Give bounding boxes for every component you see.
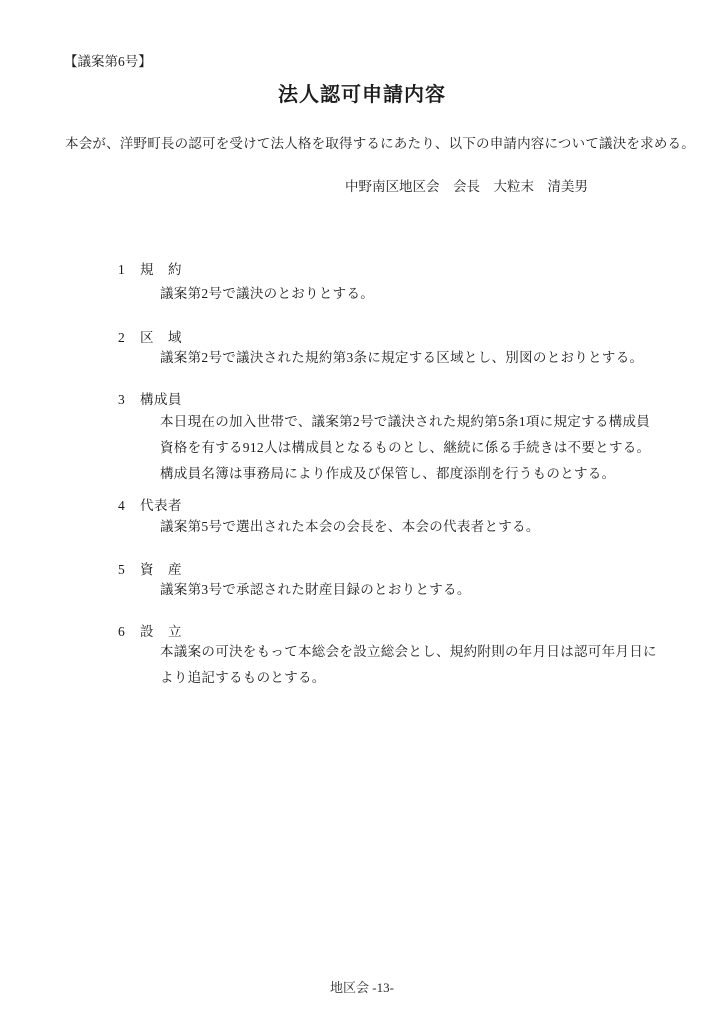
- item-number: 1: [118, 258, 128, 282]
- page-footer: 地区会 -13-: [0, 978, 724, 998]
- agenda-item-4-body: 議案第5号で選出された本会の会長を、本会の代表者とする。: [160, 514, 540, 540]
- item-body-line: 議案第5号で選出された本会の会長を、本会の代表者とする。: [160, 514, 540, 540]
- agenda-item-5-body: 議案第3号で承認された財産目録のとおりとする。: [160, 577, 471, 603]
- item-number: 3: [118, 388, 128, 412]
- agenda-item-3-body: 本日現在の加入世帯で、議案第2号で議決された規約第5条1項に規定する構成員 資格…: [160, 409, 650, 487]
- item-number: 4: [118, 494, 128, 518]
- item-label: 構成員: [140, 392, 182, 407]
- item-body-line: 構成員名簿は事務局により作成及び保管し、都度添削を行うものとする。: [160, 461, 650, 487]
- item-label: 資 産: [140, 562, 182, 577]
- item-number: 2: [118, 326, 128, 350]
- item-label: 設 立: [140, 624, 182, 639]
- item-body-line: 本日現在の加入世帯で、議案第2号で議決された規約第5条1項に規定する構成員: [160, 409, 650, 435]
- item-number: 6: [118, 620, 128, 644]
- item-label: 区 域: [140, 330, 182, 345]
- item-body-line: 資格を有する912人は構成員となるものとし、継続に係る手続きは不要とする。: [160, 435, 650, 461]
- item-body-line: 議案第3号で承認された財産目録のとおりとする。: [160, 577, 471, 603]
- item-body-line: 議案第2号で議決のとおりとする。: [160, 281, 374, 307]
- case-number-label: 【議案第6号】: [64, 52, 152, 72]
- agenda-item-1-heading: 1規 約: [118, 258, 182, 282]
- item-body-line: 議案第2号で議決された規約第3条に規定する区域とし、別図のとおりとする。: [160, 345, 643, 371]
- item-label: 規 約: [140, 262, 182, 277]
- item-label: 代表者: [140, 498, 182, 513]
- agenda-item-2-body: 議案第2号で議決された規約第3条に規定する区域とし、別図のとおりとする。: [160, 345, 643, 371]
- item-body-line: より追記するものとする。: [160, 665, 657, 691]
- document-page: 【議案第6号】 法人認可申請内容 本会が、洋野町長の認可を受けて法人格を取得する…: [0, 0, 724, 1024]
- item-number: 5: [118, 558, 128, 582]
- intro-paragraph: 本会が、洋野町長の認可を受けて法人格を取得するにあたり、以下の申請内容について議…: [65, 133, 695, 155]
- attribution-line: 中野南区地区会 会長 大粒末 清美男: [345, 176, 588, 198]
- agenda-item-1-body: 議案第2号で議決のとおりとする。: [160, 281, 374, 307]
- item-body-line: 本議案の可決をもって本総会を設立総会とし、規約附則の年月日は認可年月日に: [160, 639, 657, 665]
- agenda-item-6-body: 本議案の可決をもって本総会を設立総会とし、規約附則の年月日は認可年月日に より追…: [160, 639, 657, 691]
- document-title: 法人認可申請内容: [0, 80, 724, 110]
